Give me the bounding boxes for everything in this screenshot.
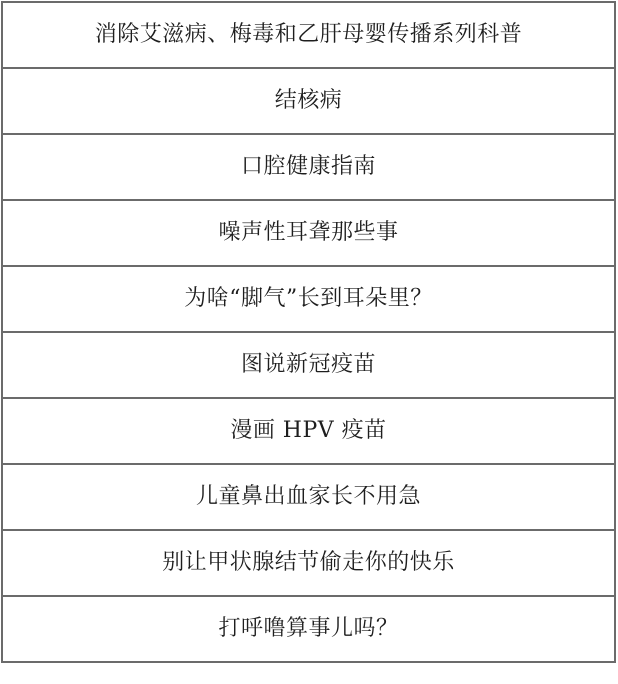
table-row: 噪声性耳聋那些事 <box>2 200 615 266</box>
table-row: 别让甲状腺结节偷走你的快乐 <box>2 530 615 596</box>
table-cell-topic: 消除艾滋病、梅毒和乙肝母婴传播系列科普 <box>2 2 615 68</box>
table-row: 儿童鼻出血家长不用急 <box>2 464 615 530</box>
table-cell-topic: 儿童鼻出血家长不用急 <box>2 464 615 530</box>
table-row: 口腔健康指南 <box>2 134 615 200</box>
table-cell-topic: 漫画 HPV 疫苗 <box>2 398 615 464</box>
science-topics-table: 消除艾滋病、梅毒和乙肝母婴传播系列科普 结核病 口腔健康指南 噪声性耳聋那些事 … <box>1 1 616 663</box>
table-cell-topic: 口腔健康指南 <box>2 134 615 200</box>
table-row: 漫画 HPV 疫苗 <box>2 398 615 464</box>
table-row: 为啥“脚气”长到耳朵里？ <box>2 266 615 332</box>
table-cell-topic: 结核病 <box>2 68 615 134</box>
table-row: 消除艾滋病、梅毒和乙肝母婴传播系列科普 <box>2 2 615 68</box>
table-cell-topic: 图说新冠疫苗 <box>2 332 615 398</box>
table-row: 图说新冠疫苗 <box>2 332 615 398</box>
table-cell-topic: 打呼噜算事儿吗？ <box>2 596 615 662</box>
table-cell-topic: 为啥“脚气”长到耳朵里？ <box>2 266 615 332</box>
table-row: 结核病 <box>2 68 615 134</box>
table-cell-topic: 别让甲状腺结节偷走你的快乐 <box>2 530 615 596</box>
table-row: 打呼噜算事儿吗？ <box>2 596 615 662</box>
table-cell-topic: 噪声性耳聋那些事 <box>2 200 615 266</box>
